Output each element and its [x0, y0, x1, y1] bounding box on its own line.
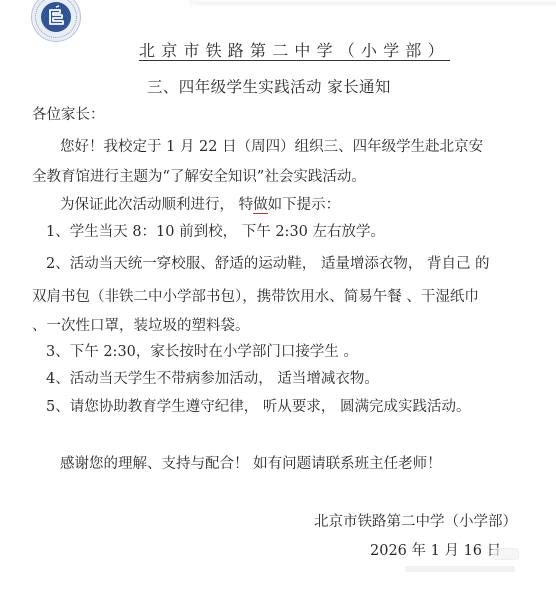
emblem-glyph-icon	[41, 2, 71, 32]
watermark-badge	[493, 548, 519, 560]
list-item-2-continued: 双肩书包（非铁二中小学部书包），携带饮用水、简易午餐 、干湿纸巾	[32, 288, 479, 306]
list-item-5: 5、请您协助教育学生遵守纪律， 听从要求， 圆满完成实践活动。	[46, 398, 470, 416]
intro-line-1: 您好！我校定于 1 月 22 日（周四）组织三、四年级学生赴北京安	[60, 138, 483, 156]
list-item-2-continued-2: 、一次性口罩，装垃圾的塑料袋。	[32, 317, 250, 335]
greeting: 各位家长：	[32, 106, 105, 124]
page-top-shadow	[190, 0, 556, 2]
intro-line-2: 全教育馆进行主题为“了解安全知识”社会实践活动。	[32, 168, 366, 186]
spellcheck-flagged-word[interactable]: 做	[253, 197, 268, 214]
school-title: 北京市铁路第二中学（小学部）	[139, 42, 450, 61]
thanks-line: 感谢您的理解、支持与配合！ 如有问题请联系班主任老师！	[60, 455, 442, 473]
notice-intro-after: 如下提示：	[268, 197, 341, 213]
notice-intro-before: 为保证此次活动顺利进行， 特	[60, 197, 253, 213]
list-item-4: 4、活动当天学生不带病参加活动， 适当增减衣物。	[46, 370, 379, 388]
list-item-3: 3、下午 2:30，家长按时在小学部门口接学生 。	[46, 343, 358, 361]
signature-date: 2026 年 1 月 16 日	[370, 542, 501, 560]
list-item-2: 2、活动当天统一穿校服、舒适的运动鞋， 适量增添衣物， 背自己 的	[46, 255, 490, 273]
emblem-core	[41, 2, 71, 32]
signature: 北京市铁路第二中学（小学部）	[314, 513, 517, 531]
list-item-1: 1、学生当天 8：10 前到校， 下午 2:30 左右放学。	[46, 223, 385, 241]
notice-intro: 为保证此次活动顺利进行， 特做如下提示：	[60, 196, 340, 214]
school-emblem-icon	[31, 0, 81, 42]
watermark-text	[405, 566, 515, 572]
notice-subtitle: 三、四年级学生实践活动 家长通知	[147, 78, 391, 96]
